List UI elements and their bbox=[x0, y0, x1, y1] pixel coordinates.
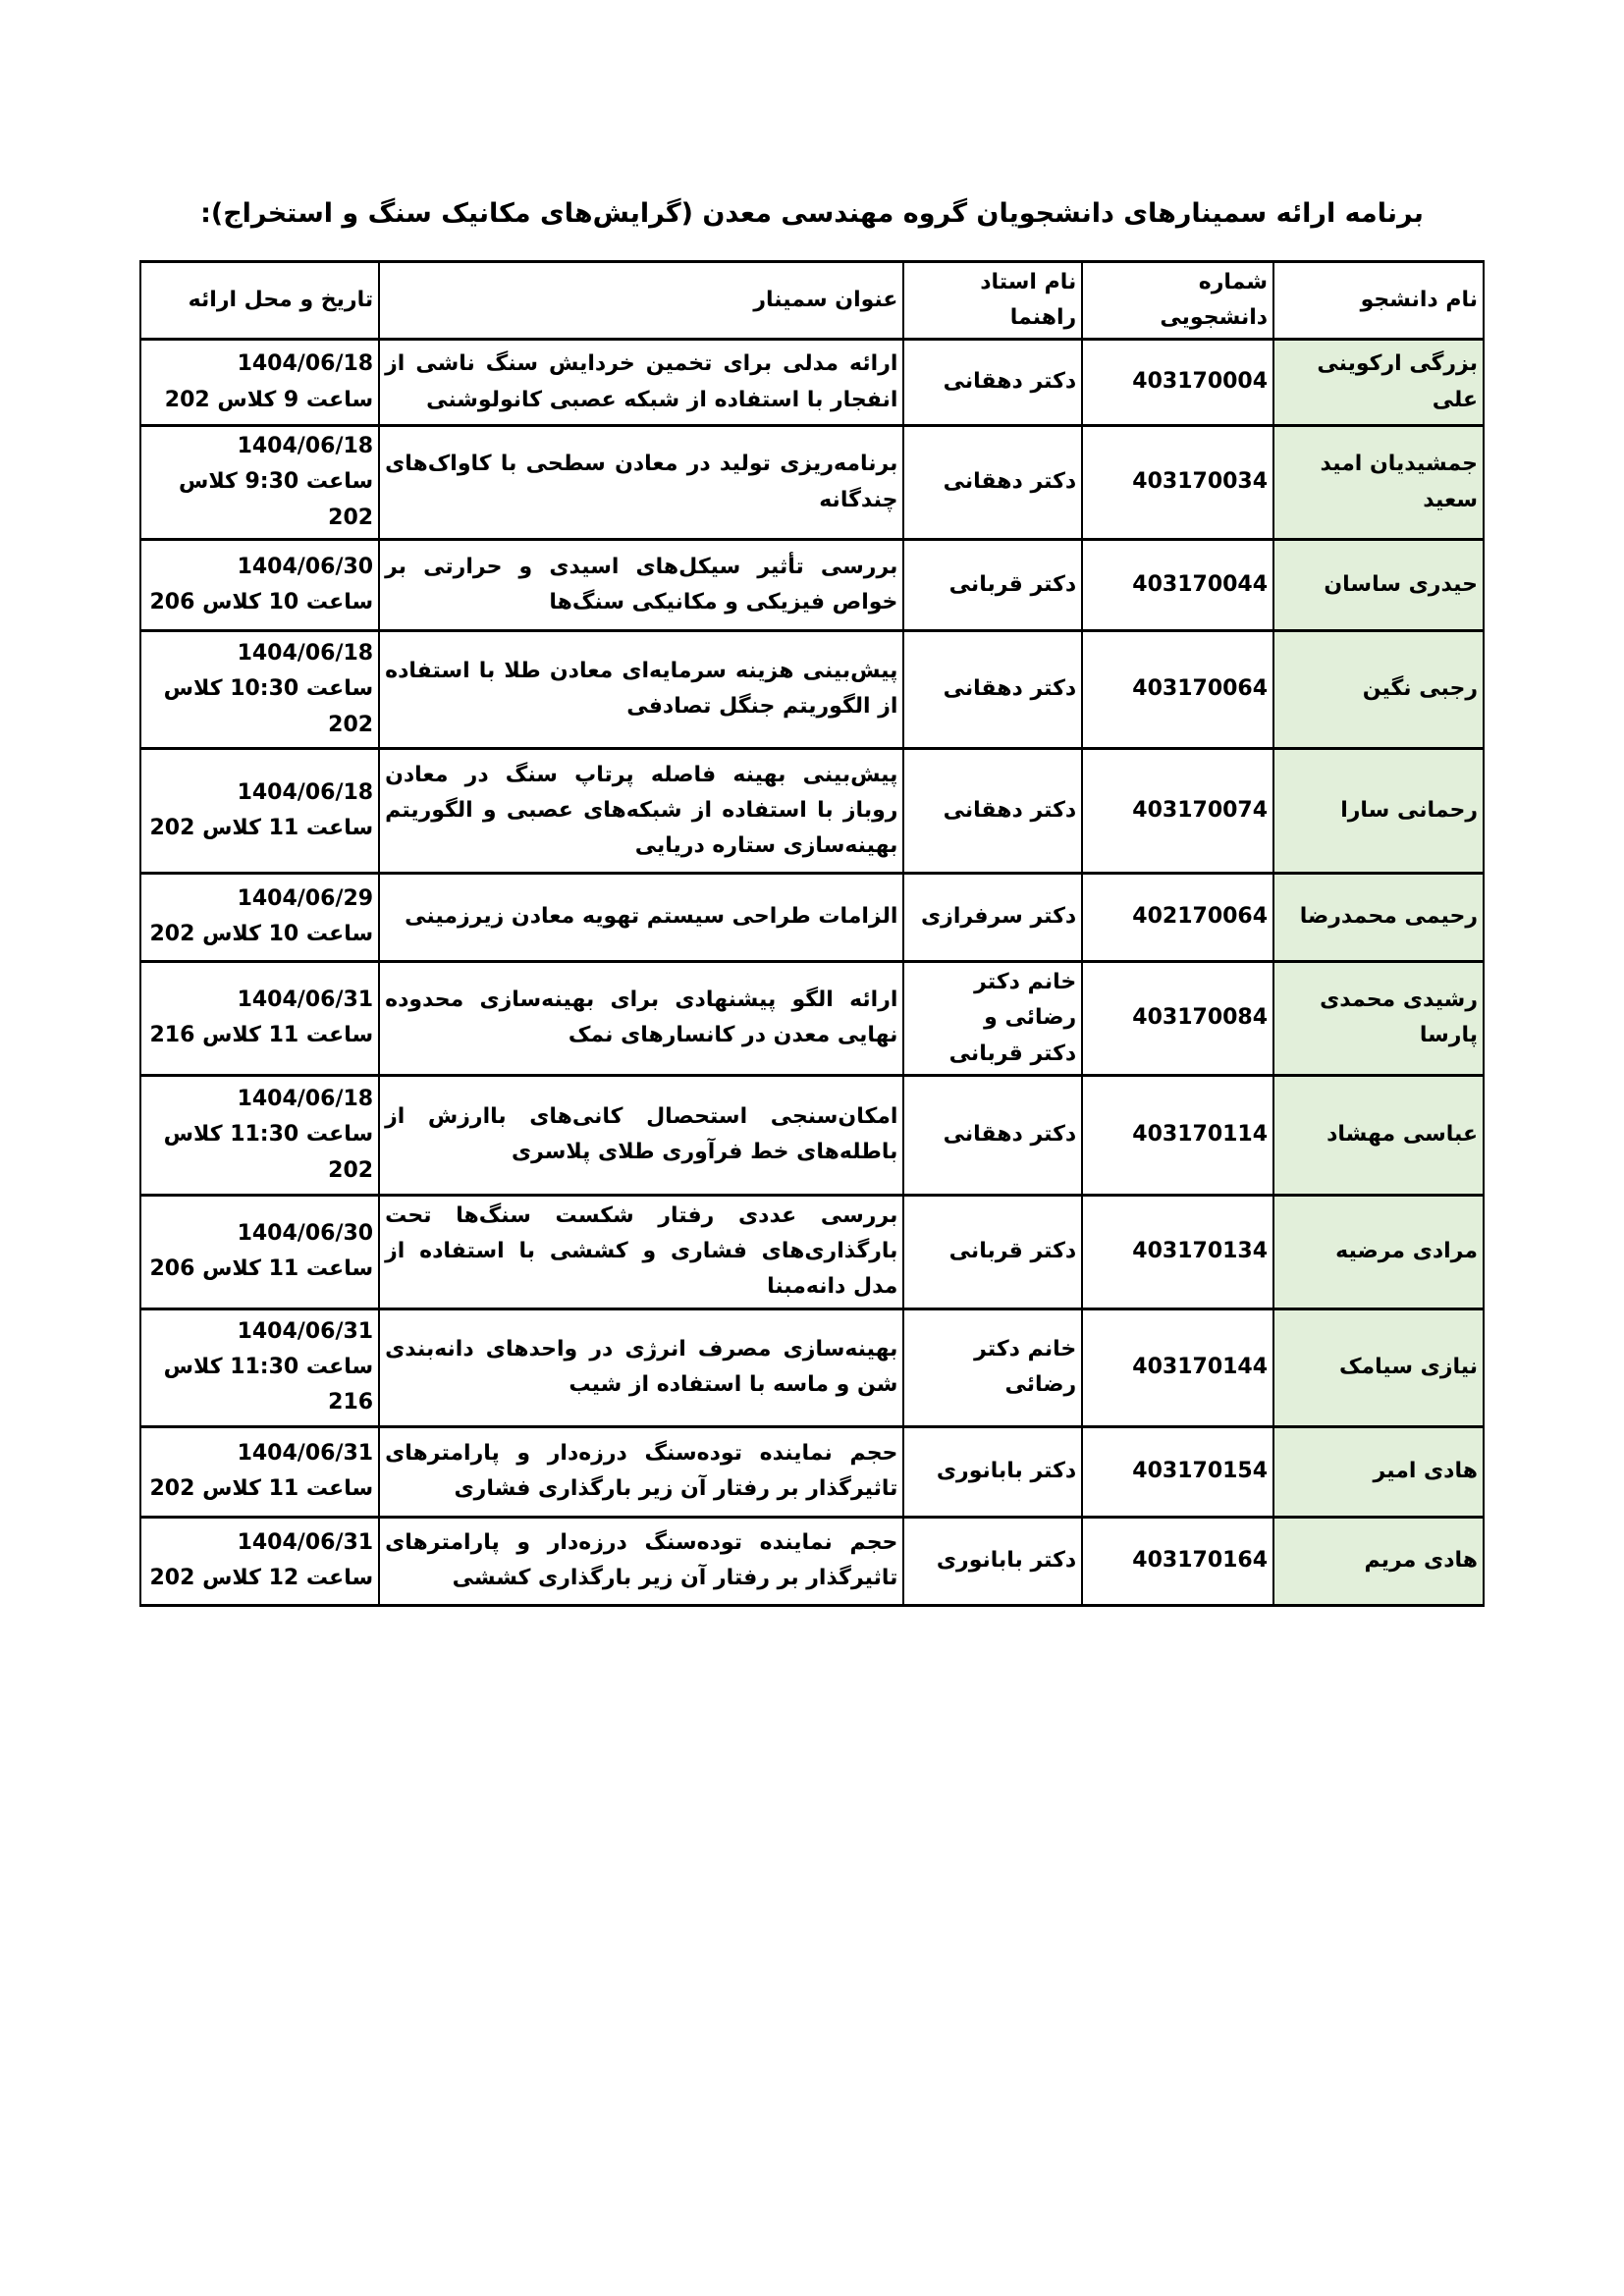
date-location-cell: 1404/06/18 ساعت 11:30 کلاس 202 bbox=[140, 1075, 379, 1195]
supervisor-cell: دکتر دهقانی bbox=[903, 630, 1082, 748]
date-location-cell: 1404/06/30 ساعت 10 کلاس 206 bbox=[140, 539, 379, 630]
table-row: بزرگی ارکوینی علی 403170004 دکتر دهقانی … bbox=[140, 340, 1484, 426]
seminar-title-cell: بررسی تأثیر سیکل‌های اسیدی و حرارتی بر خ… bbox=[379, 539, 903, 630]
document-page: برنامه ارائه سمینارهای دانشجویان گروه مه… bbox=[0, 0, 1624, 2296]
student-id-cell: 403170064 bbox=[1082, 630, 1273, 748]
seminar-title-cell: ارائه الگو پیشنهادی برای بهینه‌سازی محدو… bbox=[379, 961, 903, 1075]
table-header-row: نام دانشجو شماره دانشجویی نام استاد راهن… bbox=[140, 261, 1484, 340]
table-row: نیازی سیامک 403170144 خانم دکتر رضائی به… bbox=[140, 1308, 1484, 1426]
supervisor-cell: خانم دکتر رضائی bbox=[903, 1308, 1082, 1426]
table-row: جمشیدیان امید سعید 403170034 دکتر دهقانی… bbox=[140, 426, 1484, 540]
student-name-cell: بزرگی ارکوینی علی bbox=[1273, 340, 1484, 426]
date-location-cell: 1404/06/31 ساعت 11 کلاس 216 bbox=[140, 961, 379, 1075]
table-row: عباسی مهشاد 403170114 دکتر دهقانی امکان‌… bbox=[140, 1075, 1484, 1195]
seminar-title-cell: برنامه‌ریزی تولید در معادن سطحی با کاواک… bbox=[379, 426, 903, 540]
student-id-cell: 403170084 bbox=[1082, 961, 1273, 1075]
table-row: حیدری ساسان 403170044 دکتر قربانی بررسی … bbox=[140, 539, 1484, 630]
supervisor-cell: دکتر دهقانی bbox=[903, 426, 1082, 540]
seminar-schedule-table: نام دانشجو شماره دانشجویی نام استاد راهن… bbox=[139, 260, 1485, 1607]
student-name-cell: حیدری ساسان bbox=[1273, 539, 1484, 630]
date-location-cell: 1404/06/29 ساعت 10 کلاس 202 bbox=[140, 873, 379, 961]
date-location-cell: 1404/06/18 ساعت 11 کلاس 202 bbox=[140, 748, 379, 873]
seminar-title-cell: پیش‌بینی بهینه فاصله پرتاپ سنگ در معادن … bbox=[379, 748, 903, 873]
seminar-title-cell: بهینه‌سازی مصرف انرژی در واحدهای دانه‌بن… bbox=[379, 1308, 903, 1426]
table-row: مرادی مرضیه 403170134 دکتر قربانی بررسی … bbox=[140, 1195, 1484, 1308]
student-name-cell: هادی مریم bbox=[1273, 1517, 1484, 1605]
student-id-cell: 403170074 bbox=[1082, 748, 1273, 873]
student-name-cell: رجبی نگین bbox=[1273, 630, 1484, 748]
supervisor-cell: دکتر دهقانی bbox=[903, 340, 1082, 426]
student-id-cell: 403170144 bbox=[1082, 1308, 1273, 1426]
student-name-cell: جمشیدیان امید سعید bbox=[1273, 426, 1484, 540]
seminar-title-cell: بررسی عددی رفتار شکست سنگ‌ها تحت بارگذار… bbox=[379, 1195, 903, 1308]
student-id-cell: 403170114 bbox=[1082, 1075, 1273, 1195]
student-name-cell: رحمانی سارا bbox=[1273, 748, 1484, 873]
date-location-cell: 1404/06/18 ساعت 9:30 کلاس 202 bbox=[140, 426, 379, 540]
header-student-name: نام دانشجو bbox=[1273, 261, 1484, 340]
supervisor-cell: دکتر قربانی bbox=[903, 539, 1082, 630]
seminar-title-cell: پیش‌بینی هزینه سرمایه‌ای معادن طلا با اس… bbox=[379, 630, 903, 748]
date-location-cell: 1404/06/31 ساعت 11:30 کلاس 216 bbox=[140, 1308, 379, 1426]
student-name-cell: عباسی مهشاد bbox=[1273, 1075, 1484, 1195]
date-location-cell: 1404/06/18 ساعت 9 کلاس 202 bbox=[140, 340, 379, 426]
student-name-cell: رشیدی محمدی پارسا bbox=[1273, 961, 1484, 1075]
student-id-cell: 403170034 bbox=[1082, 426, 1273, 540]
student-id-cell: 402170064 bbox=[1082, 873, 1273, 961]
seminar-title-cell: ارائه مدلی برای تخمین خردایش سنگ ناشی از… bbox=[379, 340, 903, 426]
supervisor-cell: دکتر بابانوری bbox=[903, 1426, 1082, 1517]
student-name-cell: نیازی سیامک bbox=[1273, 1308, 1484, 1426]
student-id-cell: 403170004 bbox=[1082, 340, 1273, 426]
supervisor-cell: دکتر سرفرازی bbox=[903, 873, 1082, 961]
student-id-cell: 403170164 bbox=[1082, 1517, 1273, 1605]
seminar-title-cell: حجم نماینده توده‌سنگ درزه‌دار و پارامتره… bbox=[379, 1517, 903, 1605]
supervisor-cell: خانم دکتر رضائی و دکتر قربانی bbox=[903, 961, 1082, 1075]
header-supervisor: نام استاد راهنما bbox=[903, 261, 1082, 340]
header-student-id: شماره دانشجویی bbox=[1082, 261, 1273, 340]
table-row: رحیمی محمدرضا 402170064 دکتر سرفرازی الز… bbox=[140, 873, 1484, 961]
student-id-cell: 403170044 bbox=[1082, 539, 1273, 630]
student-name-cell: رحیمی محمدرضا bbox=[1273, 873, 1484, 961]
date-location-cell: 1404/06/31 ساعت 11 کلاس 202 bbox=[140, 1426, 379, 1517]
seminar-title-cell: الزامات طراحی سیستم تهویه معادن زیرزمینی bbox=[379, 873, 903, 961]
student-name-cell: هادی امیر bbox=[1273, 1426, 1484, 1517]
supervisor-cell: دکتر دهقانی bbox=[903, 748, 1082, 873]
seminar-title-cell: حجم نماینده توده‌سنگ درزه‌دار و پارامتره… bbox=[379, 1426, 903, 1517]
supervisor-cell: دکتر بابانوری bbox=[903, 1517, 1082, 1605]
supervisor-cell: دکتر دهقانی bbox=[903, 1075, 1082, 1195]
date-location-cell: 1404/06/30 ساعت 11 کلاس 206 bbox=[140, 1195, 379, 1308]
seminar-title-cell: امکان‌سنجی استحصال کانی‌های باارزش از با… bbox=[379, 1075, 903, 1195]
date-location-cell: 1404/06/31 ساعت 12 کلاس 202 bbox=[140, 1517, 379, 1605]
header-date-location: تاریخ و محل ارائه bbox=[140, 261, 379, 340]
table-row: هادی امیر 403170154 دکتر بابانوری حجم نم… bbox=[140, 1426, 1484, 1517]
table-row: رشیدی محمدی پارسا 403170084 خانم دکتر رض… bbox=[140, 961, 1484, 1075]
table-row: هادی مریم 403170164 دکتر بابانوری حجم نم… bbox=[140, 1517, 1484, 1605]
page-title: برنامه ارائه سمینارهای دانشجویان گروه مه… bbox=[139, 194, 1485, 235]
table-row: رجبی نگین 403170064 دکتر دهقانی پیش‌بینی… bbox=[140, 630, 1484, 748]
student-id-cell: 403170154 bbox=[1082, 1426, 1273, 1517]
date-location-cell: 1404/06/18 ساعت 10:30 کلاس 202 bbox=[140, 630, 379, 748]
table-row: رحمانی سارا 403170074 دکتر دهقانی پیش‌بی… bbox=[140, 748, 1484, 873]
student-name-cell: مرادی مرضیه bbox=[1273, 1195, 1484, 1308]
supervisor-cell: دکتر قربانی bbox=[903, 1195, 1082, 1308]
student-id-cell: 403170134 bbox=[1082, 1195, 1273, 1308]
header-seminar-title: عنوان سمینار bbox=[379, 261, 903, 340]
